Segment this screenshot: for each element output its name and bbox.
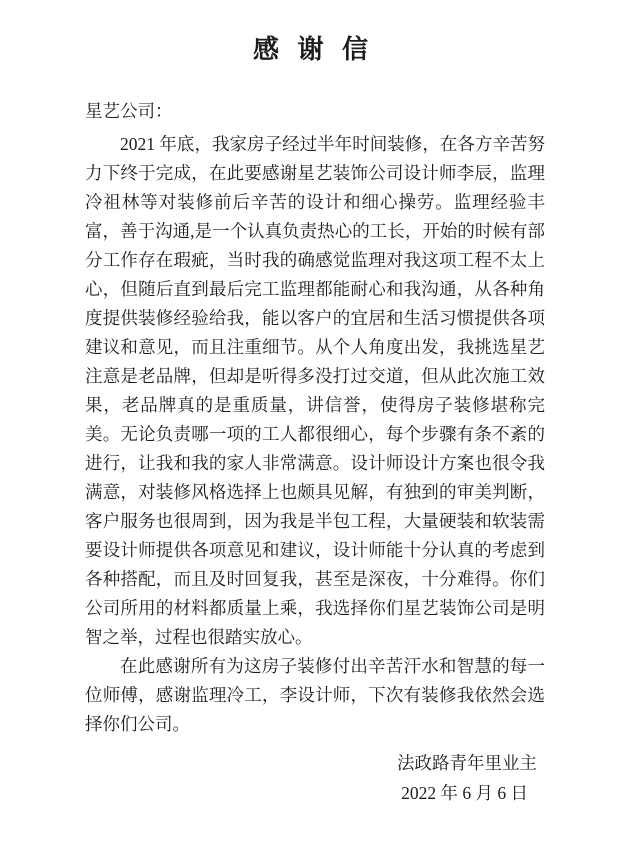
letter-body: 星艺公司： 2021 年底，我家房子经过半年时间装修，在各方辛苦努力下终于完成，… <box>0 97 627 808</box>
letter-title: 感 谢 信 <box>0 0 627 68</box>
letter-paragraph-1: 2021 年底，我家房子经过半年时间装修，在各方辛苦努力下终于完成，在此要感谢星… <box>85 130 545 652</box>
letter-paragraph-2: 在此感谢所有为这房子装修付出辛苦汗水和智慧的每一位师傅，感谢监理冷工，李设计师，… <box>85 652 545 739</box>
signature-name: 法政路青年里业主 <box>85 748 537 778</box>
signature-block: 法政路青年里业主 2022 年 6 月 6 日 <box>85 748 545 808</box>
letter-salutation: 星艺公司： <box>85 97 545 126</box>
letter-page: 感 谢 信 星艺公司： 2021 年底，我家房子经过半年时间装修，在各方辛苦努力… <box>0 0 627 843</box>
signature-date: 2022 年 6 月 6 日 <box>85 778 537 808</box>
